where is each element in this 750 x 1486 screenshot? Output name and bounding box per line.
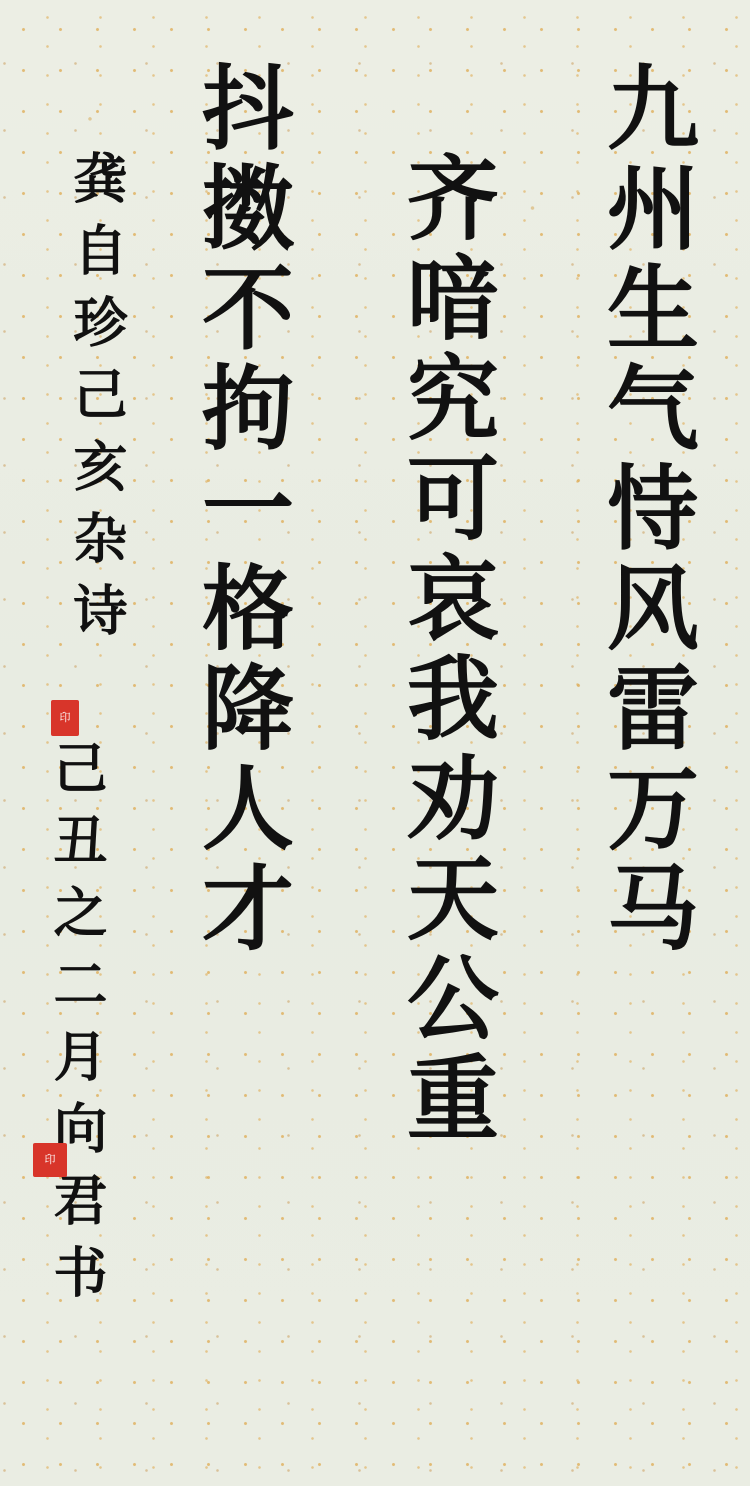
- seal-stamp-2: 印: [33, 1143, 67, 1177]
- calligraphy-scroll: 九州生气恃风雷万马 齐喑究可哀我劝天公重 抖擞不拘一格降人才 龚自珍己亥杂诗 己…: [0, 0, 750, 1486]
- seal-stamp-1: 印: [51, 700, 79, 736]
- poem-column-1: 九州生气恃风雷万马: [600, 60, 692, 960]
- inscription-column-1: 龚自珍己亥杂诗: [70, 150, 124, 654]
- poem-column-3: 抖擞不拘一格降人才: [195, 60, 287, 960]
- inscription-column-2: 己丑之二月向君书: [50, 740, 104, 1316]
- poem-column-2: 齐喑究可哀我劝天公重: [400, 150, 492, 1150]
